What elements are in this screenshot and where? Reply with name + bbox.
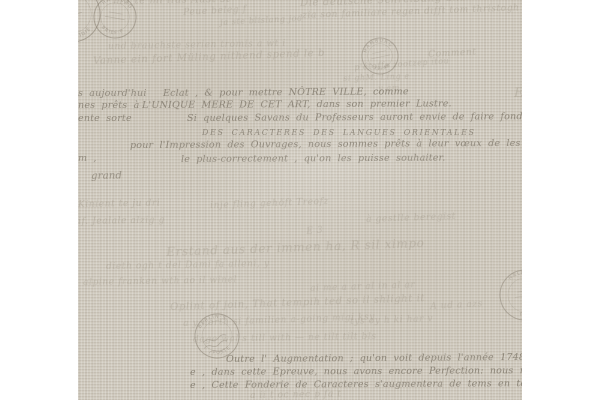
postmark-stamp: BERLIN·S POSTE bbox=[189, 308, 244, 363]
postmark-stamp: HALLE·A POST bbox=[497, 267, 522, 324]
postmark-layer: FRANCO·POSTE QUOTIDIE HAMBURG BRIEF·P bbox=[78, 0, 522, 400]
postmark-stamp: HAMBURG 17·48 bbox=[359, 35, 402, 78]
svg-text:POSTE: POSTE bbox=[210, 344, 233, 359]
svg-text:BRIEF·P: BRIEF·P bbox=[99, 24, 126, 38]
wallpaper-photo: mil te mi lius Aust stDie deutsche Schre… bbox=[0, 0, 600, 400]
postmark-stamp: HAMBURG BRIEF·P bbox=[91, 0, 140, 41]
linen-texture: mil te mi lius Aust stDie deutsche Schre… bbox=[78, 0, 522, 400]
svg-text:BERLIN·S: BERLIN·S bbox=[195, 310, 229, 331]
postmark-stamp: FRANCO·POSTE QUOTIDIE bbox=[78, 0, 106, 48]
